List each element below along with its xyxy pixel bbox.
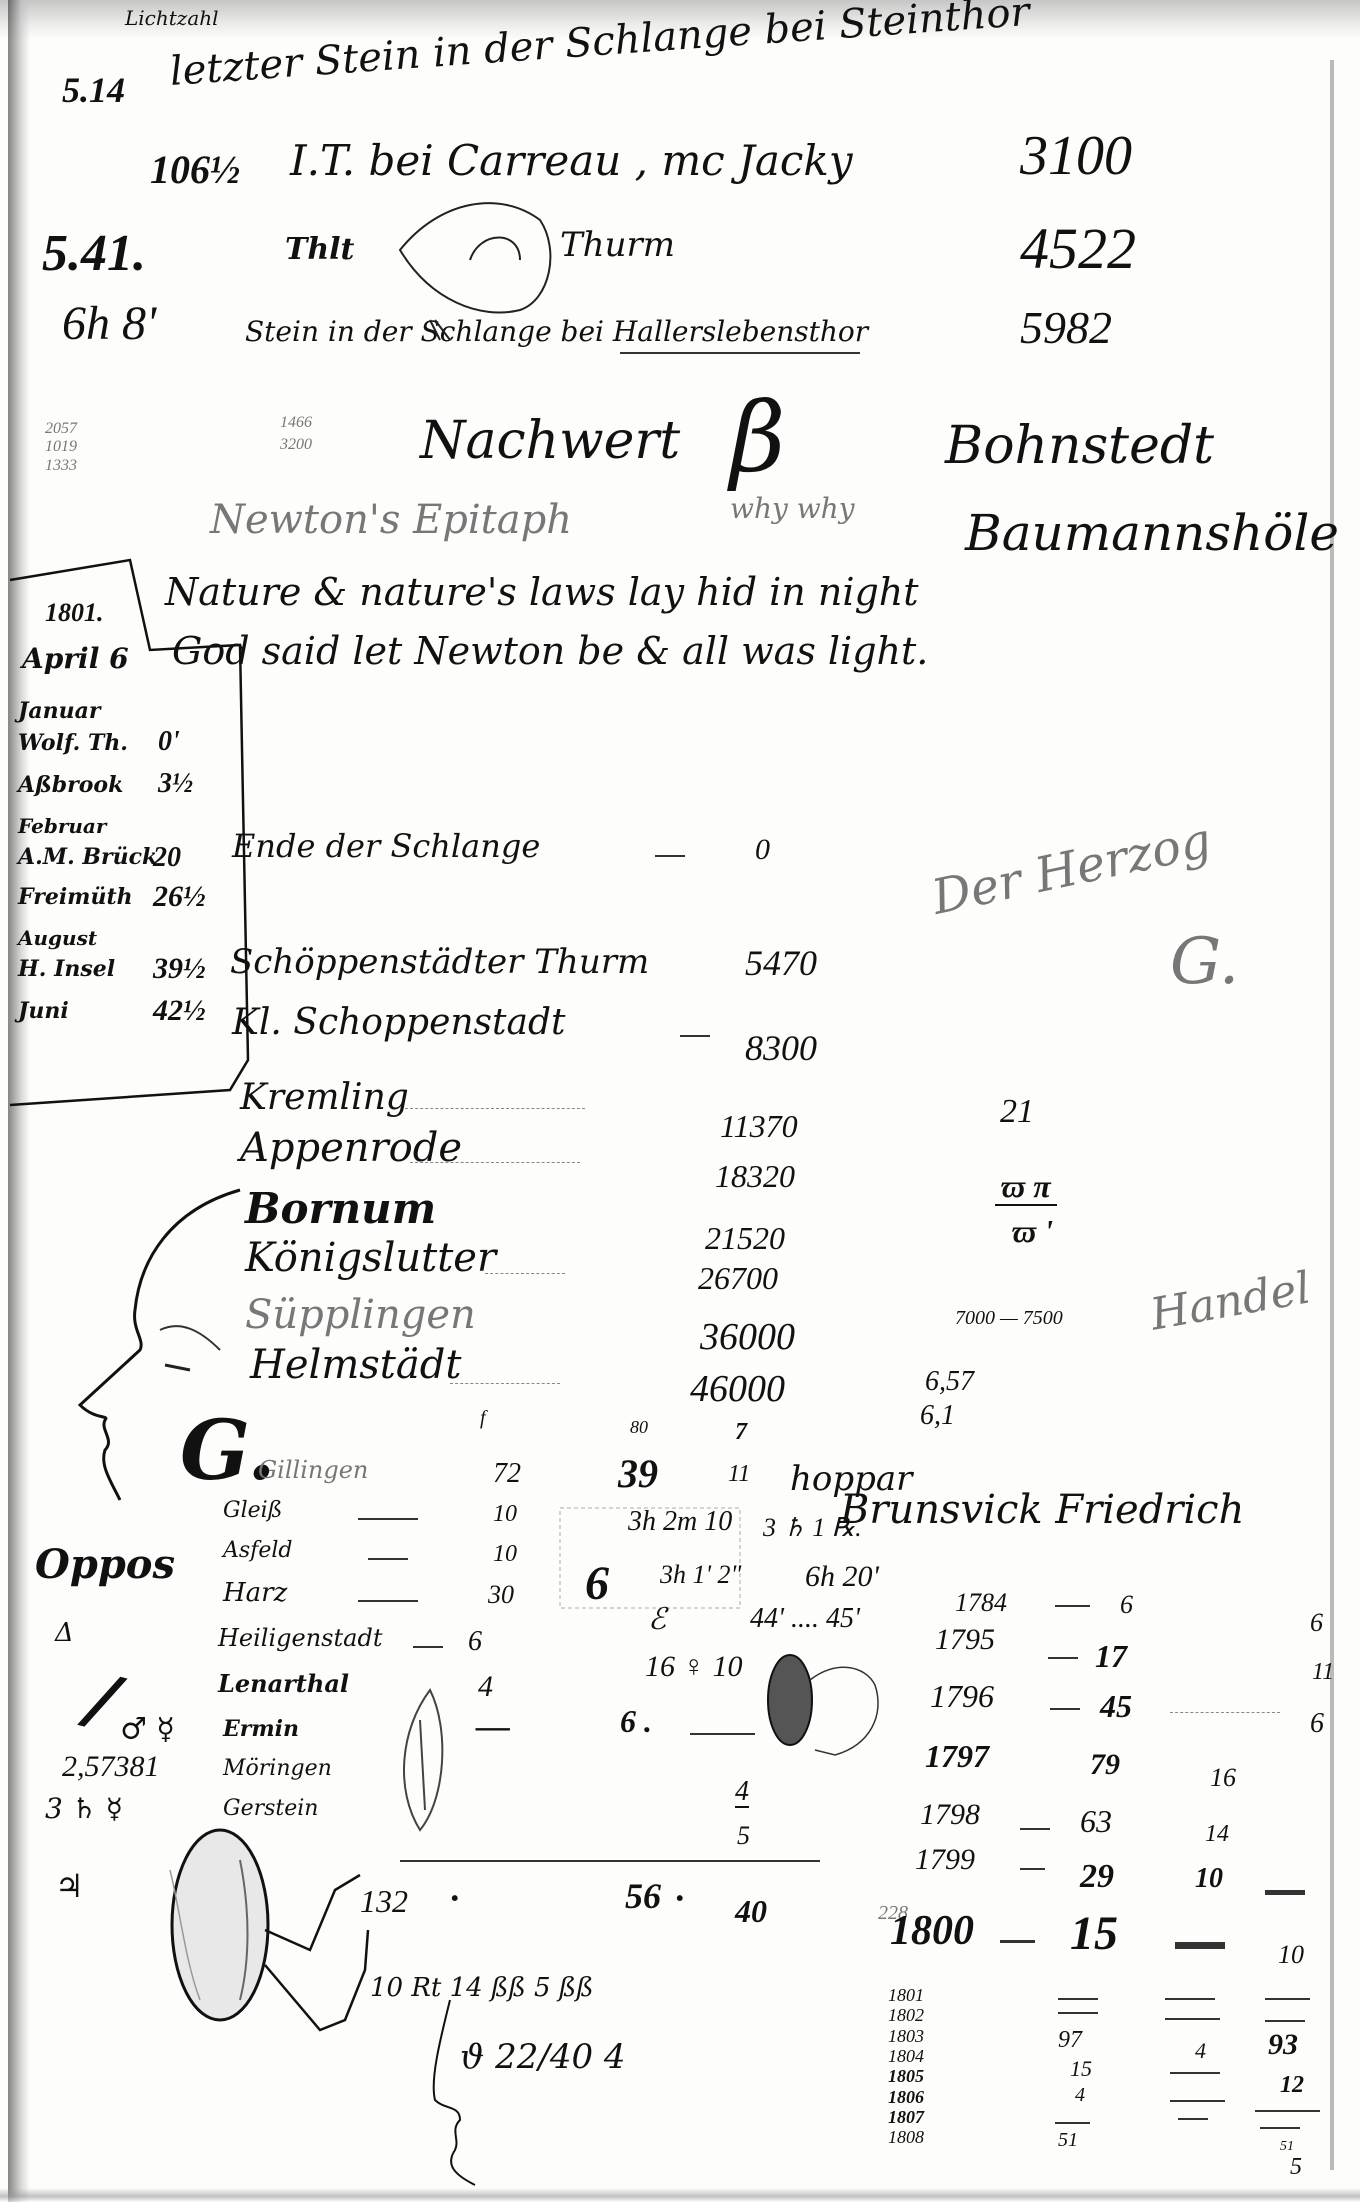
- year-list-small: 1801 1802 1803 1804 1805 1806 1807 1808: [888, 1985, 924, 2148]
- route-place: Schöppenstädter Thurm: [230, 945, 649, 979]
- year-cell: 1804: [888, 2046, 924, 2066]
- value-61: 6,1: [920, 1402, 955, 1430]
- value-cell: 51: [1280, 2140, 1294, 2154]
- year-cell: 1803: [888, 2026, 924, 2046]
- route-place: Ende der Schlange: [232, 830, 540, 862]
- fraction-bottom: 5: [737, 1823, 750, 1849]
- year-cell: 1808: [888, 2127, 924, 2147]
- word-nachwert: Nachwert: [420, 415, 680, 467]
- year-cell: 1801: [888, 1985, 924, 2005]
- line-2-text: I.T. bei Carreau , mc Jacky: [290, 140, 853, 182]
- list-row: Ermin—: [218, 1718, 738, 1758]
- dash: [1170, 2100, 1225, 2102]
- box-row: Februar: [18, 816, 218, 846]
- year-cell: 1806: [888, 2087, 924, 2107]
- box-date: April 6: [22, 645, 129, 673]
- left-mark: 3 ♄ ☿: [45, 1795, 123, 1823]
- value-cell: 15: [1070, 2058, 1092, 2080]
- eye-sketch: [390, 1690, 470, 1840]
- dash: [1265, 2020, 1305, 2022]
- left-mark: ♃: [55, 1870, 84, 1902]
- dash: [1165, 2018, 1220, 2020]
- dash: [1178, 2118, 1208, 2120]
- year-cell: 1796: [930, 1680, 994, 1712]
- epitaph-title: Newton's Epitaph: [210, 500, 572, 540]
- dash: [1165, 1998, 1215, 2000]
- small-number: 1466: [280, 412, 312, 434]
- calc-line-2: 3h 1' 2": [660, 1562, 741, 1588]
- total-line: [400, 1860, 820, 1862]
- big-stroke-mark: /: [81, 1663, 124, 1737]
- dash: [1055, 2122, 1090, 2124]
- small-number: 3200: [280, 434, 312, 456]
- route-distance: 5470: [745, 945, 817, 981]
- time-2: 5.41.: [42, 228, 146, 280]
- list-row: Möringen: [218, 1758, 738, 1798]
- calc-line-4: 16 ♀ 10: [645, 1652, 743, 1682]
- value-cell: 6: [1310, 1710, 1324, 1738]
- box-row: Januar: [18, 700, 218, 732]
- route-distance: 18320: [715, 1160, 795, 1192]
- notebook-page: Lichtzahl 5.14 letzter Stein in der Schl…: [0, 0, 1360, 2202]
- small-number: 2057: [45, 420, 77, 438]
- scribble: [1265, 1890, 1305, 1895]
- dash: [655, 855, 685, 857]
- calc-line-1: 3h 2m 10: [628, 1508, 732, 1536]
- dash: [410, 1162, 580, 1163]
- calc-line-2b: 6h 20': [805, 1562, 879, 1592]
- box-row: Juni42½: [18, 1000, 218, 1042]
- value-cell: 4: [1195, 2040, 1206, 2062]
- calc-line-1b: 3 ♄ 1 ℞.: [763, 1515, 862, 1541]
- dash: [1020, 1868, 1045, 1870]
- crossed-word: Thlt: [285, 235, 354, 265]
- value-cell: 51: [1058, 2130, 1078, 2150]
- route-distance: 46000: [690, 1370, 785, 1408]
- route-place: Bornum: [245, 1188, 436, 1230]
- symbol-mark: ℰ: [648, 1605, 666, 1635]
- small-number: 1019: [45, 438, 77, 456]
- dash: [1170, 1712, 1280, 1713]
- year-cell: 1805: [888, 2066, 924, 2086]
- value-cell: 17: [1095, 1640, 1127, 1672]
- calc-line-3: 44' .... 45': [750, 1605, 860, 1633]
- dash: [1058, 1998, 1098, 2000]
- dash: [1020, 1828, 1050, 1830]
- value-cell: 29: [1080, 1860, 1114, 1894]
- number-21: 21: [1000, 1095, 1034, 1129]
- page-edge-bottom: [0, 2188, 1360, 2202]
- time-3: 6h 8': [62, 300, 156, 348]
- small-number-column: 2057 1019 1333: [45, 420, 77, 475]
- route-distance: 26700: [698, 1262, 778, 1294]
- dash: [1050, 1708, 1080, 1710]
- epitaph-line-1: Nature & nature's laws lay hid in night: [165, 573, 919, 611]
- value-cell: 14: [1205, 1822, 1229, 1846]
- col-header: 7: [735, 1420, 747, 1444]
- route-distance: 8300: [745, 1030, 817, 1066]
- left-mark: Δ: [55, 1620, 74, 1646]
- value-cell: 16: [1210, 1765, 1236, 1791]
- word-baumannshoele: Baumannshöle: [965, 508, 1339, 558]
- left-mark-number: 2,57381: [62, 1752, 160, 1782]
- dash: [1055, 1605, 1090, 1607]
- value-cell: 45: [1100, 1690, 1132, 1722]
- dash: [405, 1108, 585, 1109]
- value-657: 6,57: [925, 1368, 974, 1396]
- value-cell: 93: [1268, 2030, 1298, 2060]
- word-bohnstedt: Bohnstedt: [945, 420, 1214, 472]
- corner-note: Lichtzahl: [125, 8, 219, 28]
- year-cell: 1798: [920, 1800, 980, 1830]
- year-cell: 1795: [935, 1625, 995, 1655]
- route-place: Helmstädt: [250, 1345, 461, 1385]
- box-row: Aßbrook3½: [18, 774, 218, 816]
- route-place: Süpplingen: [245, 1295, 476, 1335]
- signature-initial: G.: [1170, 930, 1239, 994]
- value-cell: 15: [1070, 1910, 1118, 1958]
- dash: [450, 1383, 560, 1384]
- fraction-denominator: ϖ ': [1012, 1215, 1053, 1247]
- box-rows: Januar Wolf. Th.0' Aßbrook3½ Februar A.M…: [18, 700, 218, 1042]
- value-cell: 79: [1090, 1750, 1120, 1780]
- scribble: [1175, 1942, 1225, 1949]
- route-distance: 0: [755, 835, 770, 865]
- big-six: 6: [585, 1560, 609, 1608]
- year-cell: 1800: [890, 1910, 974, 1952]
- dot: ·: [450, 1880, 459, 1916]
- range-text: 7000 — 7500: [955, 1308, 1063, 1328]
- dash: [1058, 2012, 1098, 2014]
- total-value: 40: [735, 1895, 767, 1927]
- epitaph-line-2: God said let Newton be & all was light.: [172, 632, 928, 670]
- route-place: Königslutter: [245, 1238, 496, 1278]
- dash: [485, 1273, 565, 1274]
- signature-friedrich: Brunsvick Friedrich: [840, 1490, 1244, 1530]
- year-cell: 1797: [925, 1740, 989, 1772]
- dash: [690, 1733, 755, 1735]
- beta-symbol: β: [730, 390, 786, 486]
- route-distance: 21520: [705, 1222, 785, 1254]
- value-5982: 5982: [1020, 305, 1112, 351]
- time-1: 5.14: [62, 72, 125, 108]
- tower-sketch: [380, 190, 580, 340]
- year-cell: 1799: [915, 1845, 975, 1875]
- value-cell: 10: [1195, 1865, 1223, 1893]
- profile-face-bottom-sketch: [420, 2000, 500, 2190]
- fraction-top: 4: [735, 1778, 749, 1808]
- dash: [1265, 1998, 1310, 2000]
- value-cell: 6: [1310, 1610, 1323, 1636]
- epitaph-note: why why: [730, 495, 855, 523]
- small-number: 1333: [45, 457, 77, 475]
- value-cell: 10: [1278, 1942, 1304, 1968]
- value-cell: 4: [1075, 2085, 1085, 2105]
- year-cell: 1784: [955, 1590, 1007, 1616]
- fraction-numerator: ϖ π: [995, 1170, 1057, 1206]
- col-header: 80: [630, 1418, 648, 1436]
- signature-herzog: Der Herzog: [928, 816, 1215, 922]
- prefix-106: 106½: [150, 150, 240, 190]
- value-cell: 12: [1280, 2073, 1304, 2097]
- page-edge-right: [1330, 60, 1334, 2170]
- total-value: 56: [625, 1878, 661, 1914]
- small-number-column-2: 1466 3200: [280, 412, 312, 457]
- planet-sketch: [765, 1655, 905, 1785]
- dot: ·: [675, 1880, 684, 1916]
- list-row: Gillingen723911: [218, 1458, 738, 1500]
- dash: [1048, 1657, 1078, 1659]
- route-distance: 36000: [700, 1318, 795, 1356]
- signature-handel: Handel: [1147, 1266, 1313, 1337]
- dash: [1000, 1940, 1035, 1943]
- box-row: Freimüth26½: [18, 886, 218, 928]
- route-place: Kl. Schoppenstadt: [232, 1005, 565, 1041]
- year-cell: 1802: [888, 2005, 924, 2025]
- underline: [620, 352, 860, 354]
- value-3100: 3100: [1020, 128, 1132, 184]
- value-cell: 11: [1312, 1660, 1334, 1684]
- dash: [1260, 2127, 1300, 2129]
- left-mark: ♂ ☿: [120, 1715, 175, 1745]
- oppos-label: Oppos: [35, 1545, 175, 1585]
- route-place: Kremling: [240, 1080, 409, 1116]
- col-header: f: [480, 1408, 486, 1428]
- value-cell: 63: [1080, 1805, 1112, 1837]
- value-cell: 97: [1058, 2028, 1082, 2052]
- value-4522: 4522: [1020, 220, 1136, 278]
- calc-six: 6 .: [620, 1705, 652, 1737]
- oval-with-arm-sketch: [140, 1830, 440, 2090]
- route-distance: 11370: [720, 1110, 798, 1142]
- dash: [1255, 2110, 1320, 2112]
- box-year: 1801.: [45, 600, 104, 626]
- value-cell: 5: [1290, 2155, 1302, 2179]
- dash: [1170, 2072, 1220, 2074]
- year-cell: 1807: [888, 2107, 924, 2127]
- dash: [680, 1035, 710, 1037]
- value-cell: 6: [1120, 1592, 1133, 1618]
